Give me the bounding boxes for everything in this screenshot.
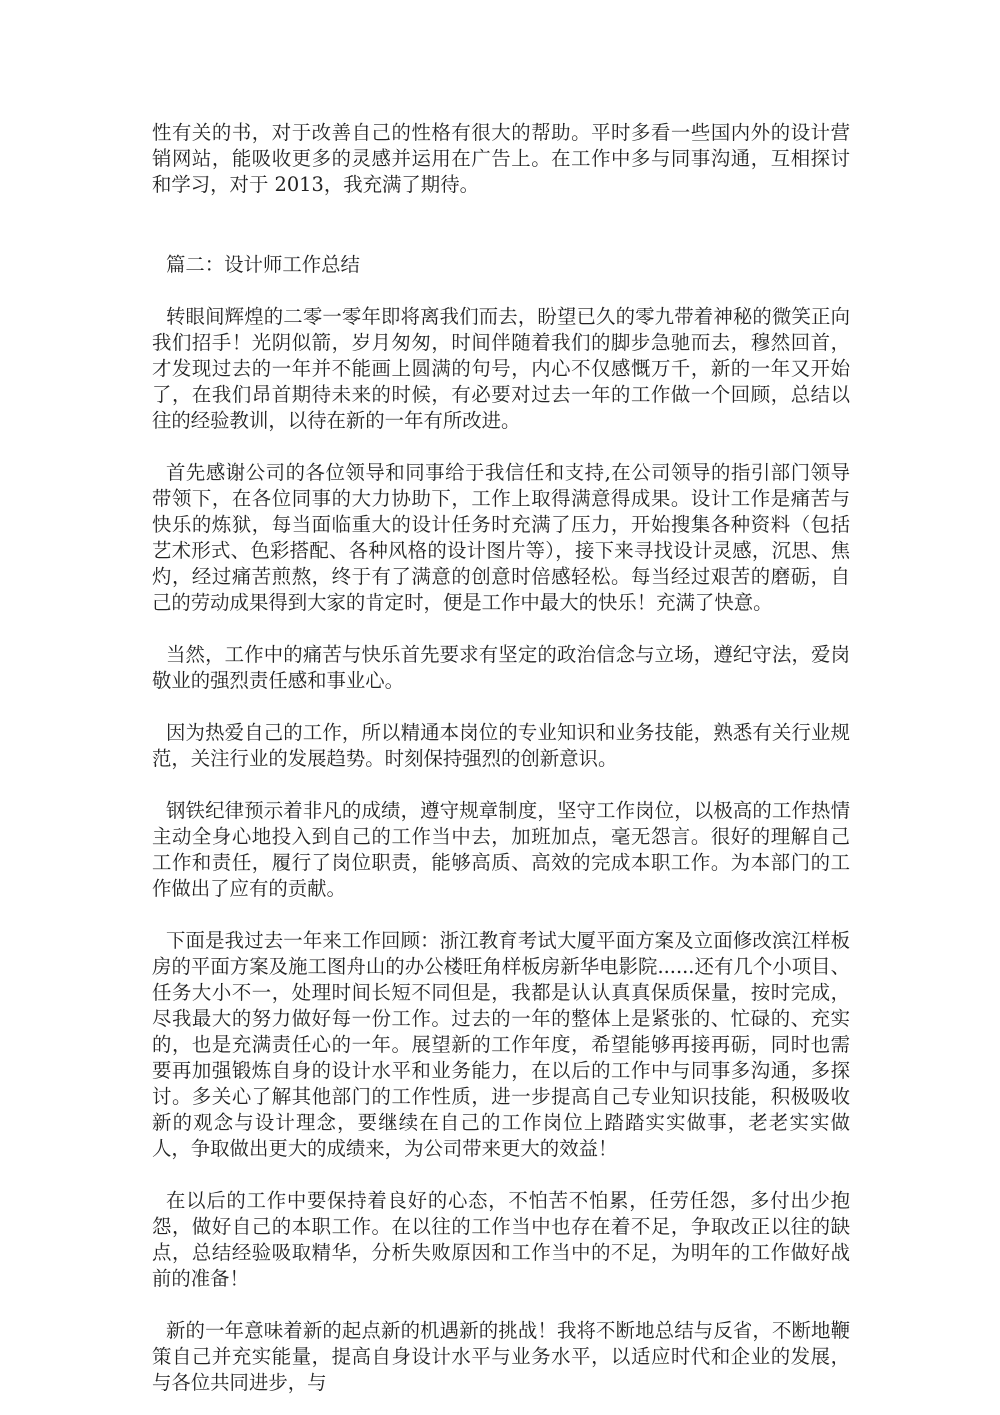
paragraph-mindset: 在以后的工作中要保持着良好的心态，不怕苦不怕累，任劳任怨，多付出少抱怨，做好自己… (152, 1188, 850, 1292)
paragraph-expertise: 因为热爱自己的工作，所以精通本岗位的专业知识和业务技能，熟悉有关行业规范，关注行… (152, 720, 850, 772)
paragraph-work-review: 下面是我过去一年来工作回顾：浙江教育考试大厦平面方案及立面修改滨江样板房的平面方… (152, 928, 850, 1162)
paragraph-attitude: 当然，工作中的痛苦与快乐首先要求有坚定的政治信念与立场，遵纪守法，爱岗敬业的强烈… (152, 642, 850, 694)
paragraph-discipline: 钢铁纪律预示着非凡的成绩，遵守规章制度，坚守工作岗位，以极高的工作热情主动全身心… (152, 798, 850, 902)
paragraph-new-year: 新的一年意味着新的起点新的机遇新的挑战！我将不断地总结与反省，不断地鞭策自己并充… (152, 1318, 850, 1396)
document-page: 性有关的书，对于改善自己的性格有很大的帮助。平时多看一些国内外的设计营销网站，能… (152, 120, 850, 1415)
continued-paragraph: 性有关的书，对于改善自己的性格有很大的帮助。平时多看一些国内外的设计营销网站，能… (152, 120, 850, 198)
paragraph-thanks: 首先感谢公司的各位领导和同事给于我信任和支持,在公司领导的指引部门领导带领下，在… (152, 460, 850, 616)
section-heading: 篇二：设计师工作总结 (152, 252, 850, 278)
paragraph-intro: 转眼间辉煌的二零一零年即将离我们而去，盼望已久的零九带着神秘的微笑正向我们招手！… (152, 304, 850, 434)
